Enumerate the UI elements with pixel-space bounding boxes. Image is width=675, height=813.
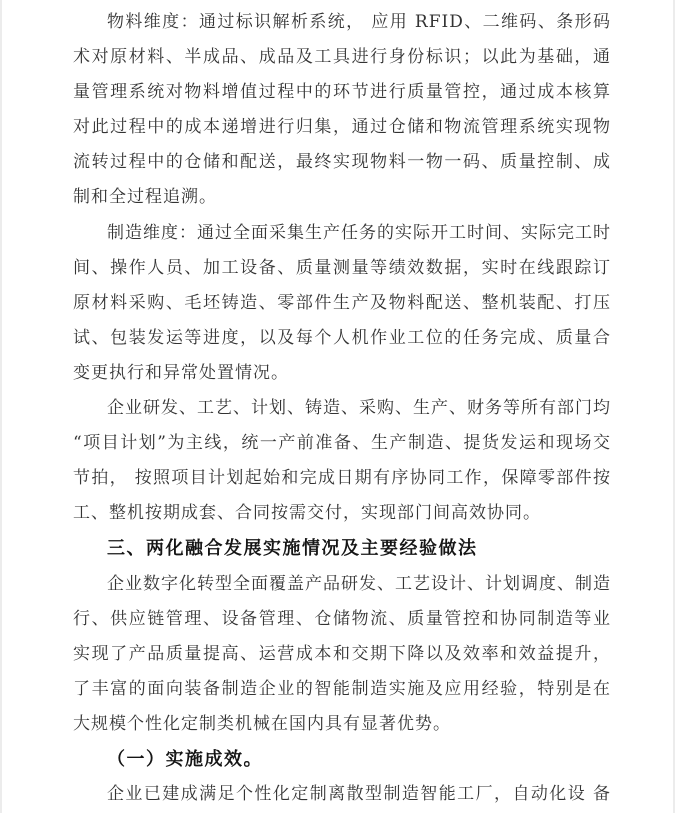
text-line: 术对原材料、半成品、成品及工具进行身份标识；以此为基础，通过质 <box>73 40 611 75</box>
text-line: 节拍， 按照项目计划起始和完成日期有序协同工作，保障零部件按期加 <box>73 461 611 496</box>
text-line: 大规模个性化定制类机械在国内具有显著优势。 <box>73 707 611 742</box>
text-line: 企业数字化转型全面覆盖产品研发、工艺设计、计划调度、制造执 <box>73 567 611 602</box>
text-line: 企业已建成满足个性化定制离散型制造智能工厂，自动化设 备与自 <box>73 777 611 812</box>
text-line: 企业研发、工艺、计划、铸造、采购、生产、财务等所有部门均以 <box>73 391 611 426</box>
text-line: 试、包装发运等进度，以及每个人机作业工位的任务完成、质量合格、 <box>73 321 611 356</box>
document-page: 物料维度：通过标识解析系统， 应用 RFID、二维码、条形码等技术对原材料、半成… <box>0 0 675 813</box>
text-line: 间、操作人员、加工设备、质量测量等绩效数据，实时在线跟踪订单的 <box>73 251 611 286</box>
text-line: 工、整机按期成套、合同按需交付，实现部门间高效协同。 <box>73 496 611 531</box>
text-line: 实现了产品质量提高、运营成本和交期下降以及效率和效益提升，积累 <box>73 637 611 672</box>
text-line: 对此过程中的成本递增进行归集，通过仓储和物流管理系统实现物料在 <box>73 110 611 145</box>
heading-line: 三、两化融合发展实施情况及主要经验做法 <box>73 531 611 566</box>
text-line: 行、供应链管理、设备管理、仓储物流、质量管控和协同制造等业务， <box>73 602 611 637</box>
text-line: 变更执行和异常处置情况。 <box>73 356 611 391</box>
text-line: 物料维度：通过标识解析系统， 应用 RFID、二维码、条形码等技 <box>73 5 611 40</box>
text-line: 了丰富的面向装备制造企业的智能制造实施及应用经验，特别是在面向 <box>73 672 611 707</box>
document-content: 物料维度：通过标识解析系统， 应用 RFID、二维码、条形码等技术对原材料、半成… <box>2 0 673 812</box>
text-line: 量管理系统对物料增值过程中的环节进行质量管控，通过成本核算系统 <box>73 75 611 110</box>
text-line: 原材料采购、毛坯铸造、零部件生产及物料配送、整机装配、打压调 <box>73 286 611 321</box>
heading-line: （一）实施成效。 <box>73 742 611 777</box>
text-line: 制和全过程追溯。 <box>73 180 611 215</box>
text-line: “项目计划”为主线，统一产前准备、生产制造、提货发运和现场交付 <box>73 426 611 461</box>
text-line: 制造维度：通过全面采集生产任务的实际开工时间、实际完工时 <box>73 216 611 251</box>
text-line: 流转过程中的仓储和配送，最终实现物料一物一码、质量控制、成本控 <box>73 145 611 180</box>
